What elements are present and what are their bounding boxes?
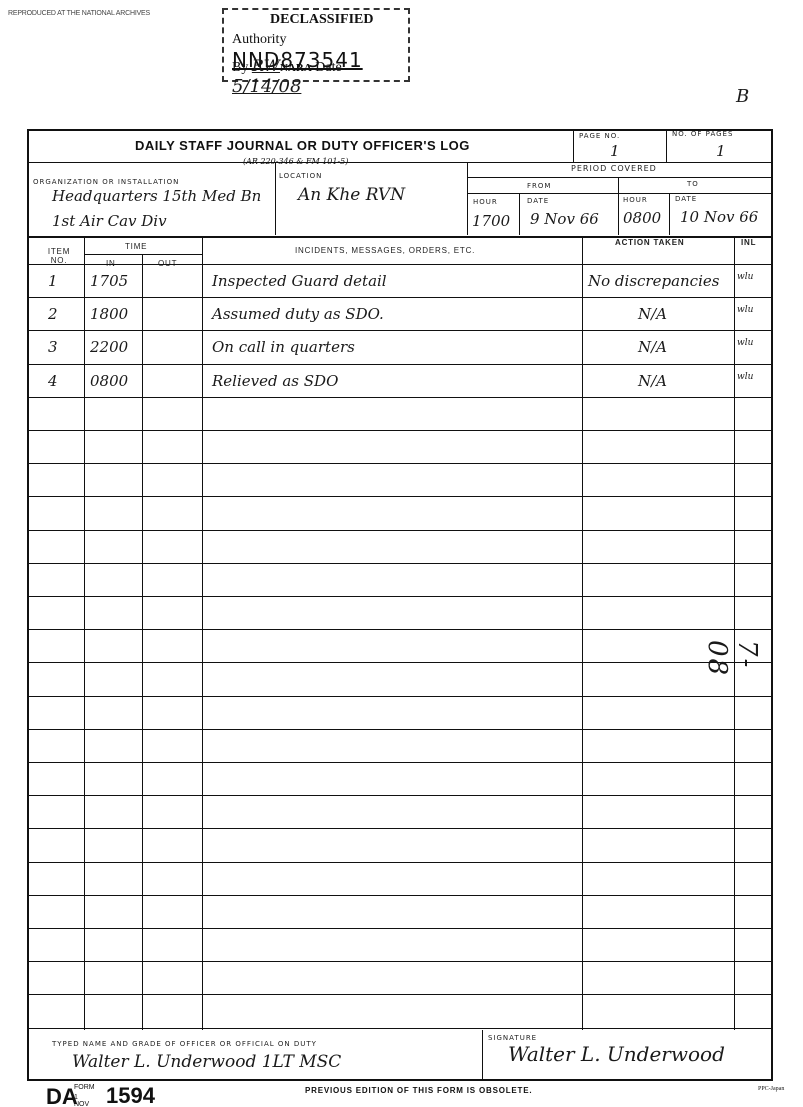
time-in-cell: 0800 — [90, 372, 128, 390]
by-initials: RW — [252, 56, 280, 75]
time-in-cell: 1705 — [90, 272, 128, 290]
from-label: FROM — [527, 182, 551, 190]
item-no-cell: 1 — [48, 272, 58, 290]
from-hour-label: HOUR — [473, 198, 498, 206]
to-date: 10 Nov 66 — [680, 208, 758, 226]
row-divider — [27, 928, 773, 929]
form-agency: DA — [46, 1084, 78, 1107]
form-date: 1 NOV 62 — [74, 1094, 89, 1107]
location: An Khe RVN — [298, 185, 405, 205]
time-header: TIME — [125, 242, 147, 251]
authority-label: Authority — [232, 32, 286, 47]
obsolete-note: PREVIOUS EDITION OF THIS FORM IS OBSOLET… — [305, 1086, 532, 1095]
item-no-header: ITEM NO. — [44, 247, 74, 265]
initials-cell: wlu — [737, 338, 753, 348]
row-divider — [27, 364, 773, 365]
item-no-cell: 2 — [48, 305, 58, 323]
row-divider — [27, 1028, 773, 1029]
incident-cell: Relieved as SDO — [212, 372, 338, 390]
no-of-pages: 1 — [716, 142, 726, 160]
period-covered-label: PERIOD COVERED — [571, 164, 657, 173]
declassification-stamp: DECLASSIFIED Authority NND873541 By RWNA… — [222, 8, 410, 82]
item-no-cell: 4 — [48, 372, 58, 390]
declassified-title: DECLASSIFIED — [270, 12, 373, 28]
location-label: LOCATION — [279, 172, 322, 180]
signature-label: SIGNATURE — [488, 1034, 537, 1042]
row-divider — [27, 496, 773, 497]
corner-mark: B — [736, 86, 749, 107]
by-label: By — [232, 60, 248, 75]
row-divider — [27, 729, 773, 730]
incidents-header: INCIDENTS, MESSAGES, ORDERS, ETC. — [295, 246, 475, 255]
row-divider — [27, 530, 773, 531]
row-divider — [27, 862, 773, 863]
column-divider — [142, 254, 143, 1030]
action-header: ACTION TAKEN — [615, 238, 684, 247]
row-divider — [27, 961, 773, 962]
to-hour: 0800 — [623, 209, 661, 227]
incident-cell: On call in quarters — [212, 338, 355, 356]
officer-label: TYPED NAME AND GRADE OF OFFICER OR OFFIC… — [52, 1040, 317, 1048]
incident-cell: Inspected Guard detail — [212, 272, 387, 290]
row-divider — [27, 795, 773, 796]
column-divider — [734, 236, 735, 1030]
column-divider — [84, 236, 85, 1030]
row-divider — [27, 297, 773, 298]
officer-name: Walter L. Underwood 1LT MSC — [72, 1052, 341, 1072]
form-number-block: DA FORM 1 NOV 62 1594 — [46, 1084, 78, 1107]
item-no-cell: 3 — [48, 338, 58, 356]
row-divider — [27, 463, 773, 464]
column-divider — [582, 236, 583, 1030]
row-divider — [27, 397, 773, 398]
time-in-cell: 2200 — [90, 338, 128, 356]
inl-header: INL — [741, 238, 756, 247]
initials-cell: wlu — [737, 305, 753, 315]
initials-cell: wlu — [737, 372, 753, 382]
from-date: 9 Nov 66 — [530, 210, 599, 228]
form-title: DAILY STAFF JOURNAL OR DUTY OFFICER'S LO… — [135, 138, 470, 153]
to-date-label: DATE — [675, 195, 697, 203]
time-in-cell: 1800 — [90, 305, 128, 323]
row-divider — [27, 629, 773, 630]
row-divider — [27, 828, 773, 829]
form-label: FORM — [74, 1084, 95, 1091]
row-divider — [27, 330, 773, 331]
printer-mark: PPC-Japan — [758, 1086, 784, 1092]
column-divider — [202, 236, 203, 1030]
action-taken-cell: N/A — [638, 372, 667, 390]
row-divider — [27, 994, 773, 995]
row-divider — [27, 430, 773, 431]
page-no-label: PAGE NO. — [579, 132, 620, 140]
row-divider — [27, 696, 773, 697]
row-divider — [27, 895, 773, 896]
organization-label: ORGANIZATION OR INSTALLATION — [33, 178, 179, 186]
to-hour-label: HOUR — [623, 196, 648, 204]
row-divider — [27, 762, 773, 763]
incident-cell: Assumed duty as SDO. — [212, 305, 384, 323]
row-divider — [27, 563, 773, 564]
date-label: Date — [315, 60, 341, 75]
organization-line1: Headquarters 15th Med Bn — [52, 187, 261, 205]
row-divider — [27, 264, 773, 265]
row-divider — [27, 662, 773, 663]
action-taken-cell: N/A — [638, 338, 667, 356]
action-taken-cell: N/A — [638, 305, 667, 323]
declass-date: 5/14/08 — [232, 76, 301, 97]
row-divider — [27, 596, 773, 597]
by-row: By RWNARA Date 5/14/08 — [232, 56, 408, 97]
page-no: 1 — [610, 142, 620, 160]
from-hour: 1700 — [472, 212, 510, 230]
to-label: TO — [687, 180, 699, 188]
from-date-label: DATE — [527, 197, 549, 205]
agency: NARA — [280, 62, 312, 74]
no-of-pages-label: NO. OF PAGES — [672, 130, 733, 138]
initials-cell: wlu — [737, 272, 753, 282]
archives-note: REPRODUCED AT THE NATIONAL ARCHIVES — [8, 10, 150, 17]
signature: Walter L. Underwood — [508, 1042, 725, 1066]
organization-line2: 1st Air Cav Div — [52, 212, 167, 230]
form-number: 1594 — [106, 1083, 155, 1107]
action-taken-cell: No discrepancies — [588, 272, 719, 290]
